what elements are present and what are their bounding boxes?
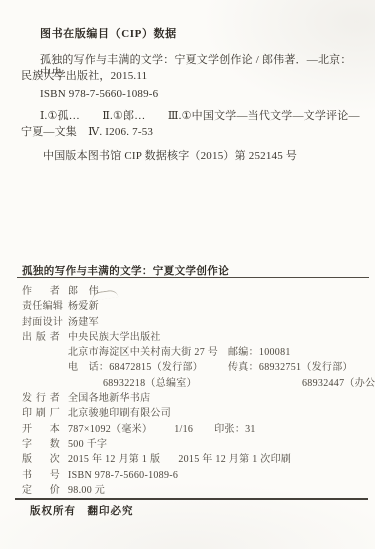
cip-header: 图书在版编目（CIP）数据: [40, 28, 177, 41]
editor-value: 杨爱新: [68, 299, 99, 314]
row-wordcount: 字数 500 千字: [22, 437, 375, 452]
cip-classification-line2: 宁夏—文集 Ⅳ. I206. 7-53: [21, 126, 351, 139]
impression-value: 2015 年 12 月第 1 次印刷: [178, 452, 291, 467]
phone-editorial-office: 68932218（总编室）: [68, 376, 263, 391]
row-price: 定价 98.00 元: [22, 483, 375, 498]
fax-admin-office: 68932447（办公室）: [263, 376, 375, 391]
title-divider: [17, 277, 369, 278]
row-author: 作者 郎 伟: [22, 284, 375, 299]
cip-record-line: 中国版本图书馆 CIP 数据核字（2015）第 252145 号: [43, 150, 297, 163]
row-book-number: 书号 ISBN 978-7-5660-1089-6: [22, 468, 375, 483]
row-edition: 版次 2015 年 12 月第 1 版 2015 年 12 月第 1 次印刷: [22, 452, 375, 467]
colophon-table: 作者 郎 伟 责任编辑 杨爱新 封面设计 汤建军 出版者 中央民族大学出版社 北…: [22, 284, 375, 498]
publisher-address: 北京市海淀区中关村南大街 27 号: [68, 345, 228, 360]
row-format: 开本 787×1092（毫米） 1/16 印张：31: [22, 422, 375, 437]
row-cover-design: 封面设计 汤建军: [22, 315, 375, 330]
row-phone2-fax2: 68932218（总编室） 68932447（办公室）: [22, 376, 375, 391]
distributor-value: 全国各地新华书店: [68, 391, 150, 406]
book-number-label: 书号: [22, 468, 60, 483]
copyright-notice: 版权所有 翻印必究: [30, 503, 134, 518]
row-publisher: 出版者 中央民族大学出版社: [22, 330, 375, 345]
row-editor: 责任编辑 杨爱新: [22, 299, 375, 314]
price-value: 98.00 元: [68, 483, 105, 498]
format-fraction: 1/16: [174, 422, 193, 437]
printer-value: 北京骏驰印刷有限公司: [68, 406, 171, 421]
cip-description-line2: 民族大学出版社，2015.11: [21, 70, 351, 83]
edition-label: 版次: [22, 452, 60, 467]
phone: 电 话：68472815（发行部）: [68, 360, 228, 375]
wordcount-value: 500 千字: [68, 437, 107, 452]
row-distributor: 发行者 全国各地新华书店: [22, 391, 375, 406]
row-address: 北京市海淀区中关村南大街 27 号 邮编：100081: [22, 345, 375, 360]
wordcount-label: 字数: [22, 437, 60, 452]
format-label: 开本: [22, 422, 60, 437]
cip-isbn-line: ISBN 978-7-5660-1089-6: [40, 88, 158, 101]
author-label: 作者: [22, 284, 60, 299]
publisher-label: 出版者: [22, 330, 60, 345]
bottom-divider: [15, 498, 368, 500]
editor-label: 责任编辑: [22, 299, 60, 314]
fax: 传真：68932751（发行部）: [228, 360, 353, 375]
cover-design-label: 封面设计: [22, 315, 60, 330]
format-sheets: 印张：31: [214, 422, 256, 437]
postcode: 邮编：100081: [228, 345, 291, 360]
publisher-value: 中央民族大学出版社: [68, 330, 161, 345]
price-label: 定价: [22, 483, 60, 498]
book-title: 孤独的写作与丰满的文学：宁夏文学创作论: [22, 263, 229, 278]
book-number-value: ISBN 978-7-5660-1089-6: [68, 468, 178, 483]
row-printer: 印刷厂 北京骏驰印刷有限公司: [22, 406, 375, 421]
row-phone-fax: 电 话：68472815（发行部） 传真：68932751（发行部）: [22, 360, 375, 375]
cover-design-value: 汤建军: [68, 315, 99, 330]
cip-classification-line1: Ⅰ.①孤… Ⅱ.①郎… Ⅲ.①中国文学—当代文学—文学评论—: [40, 110, 370, 123]
distributor-label: 发行者: [22, 391, 60, 406]
edition-value: 2015 年 12 月第 1 版: [68, 452, 160, 467]
printer-label: 印刷厂: [22, 406, 60, 421]
format-size: 787×1092（毫米）: [68, 422, 152, 437]
